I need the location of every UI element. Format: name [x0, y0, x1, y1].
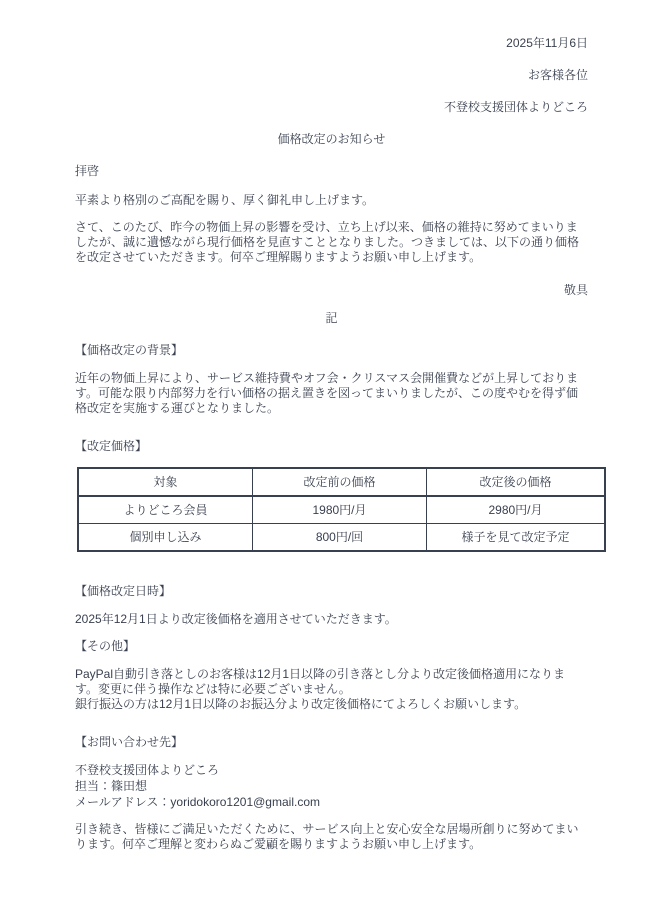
price-table-header-before: 改定前の価格	[253, 468, 427, 496]
salutation: 拝啓	[75, 164, 588, 179]
section-heading-background: 【価格改定の背景】	[75, 343, 588, 358]
document-date: 2025年11月6日	[75, 36, 588, 51]
effective-date-paragraph: 2025年12月1日より改定後価格を適用させていただきます。	[75, 612, 588, 627]
table-cell-target: 個別申し込み	[78, 524, 253, 552]
contact-block: 不登校支援団体よりどころ 担当：篠田想 メールアドレス：yoridokoro12…	[75, 762, 588, 810]
table-cell-target: よりどころ会員	[78, 496, 253, 524]
other-notes-paragraph: PayPal自動引き落としのお客様は12月1日以降の引き落とし分より改定後価格適…	[75, 667, 588, 712]
record-marker: 記	[75, 311, 588, 326]
table-cell-price-before: 800円/回	[253, 524, 427, 552]
price-table-header-row: 対象 改定前の価格 改定後の価格	[78, 468, 605, 496]
price-revision-notice-document: 2025年11月6日 お客様各位 不登校支援団体よりどころ 価格改定のお知らせ …	[0, 0, 657, 906]
bank-transfer-note: 銀行振込の方は12月1日以降のお振込分より改定後価格にてよろしくお願いします。	[75, 697, 526, 711]
price-table-header-target: 対象	[78, 468, 253, 496]
closing-message-paragraph: 引き続き、皆様にご満足いただくために、サービス向上と安心安全な居場所創りに努めて…	[75, 822, 588, 852]
sender-line: 不登校支援団体よりどころ	[75, 100, 588, 115]
section-heading-other: 【その他】	[75, 639, 588, 654]
contact-organization: 不登校支援団体よりどころ	[75, 762, 588, 778]
recipient-line: お客様各位	[75, 68, 588, 83]
greeting-paragraph: 平素より格別のご高配を賜り、厚く御礼申し上げます。	[75, 193, 588, 208]
section-heading-effective-date: 【価格改定日時】	[75, 584, 588, 599]
table-row: よりどころ会員 1980円/月 2980円/月	[78, 496, 605, 524]
price-table-header-after: 改定後の価格	[427, 468, 606, 496]
contact-person: 担当：篠田想	[75, 778, 588, 794]
paypal-note: PayPal自動引き落としのお客様は12月1日以降の引き落とし分より改定後価格適…	[75, 667, 565, 696]
table-cell-price-before: 1980円/月	[253, 496, 427, 524]
announcement-paragraph: さて、このたび、昨今の物価上昇の影響を受け、立ち上げ以来、価格の維持に努めてまい…	[75, 220, 588, 265]
section-heading-prices: 【改定価格】	[75, 439, 588, 454]
section-heading-contact: 【お問い合わせ先】	[75, 735, 588, 750]
table-cell-price-after: 様子を見て改定予定	[427, 524, 606, 552]
table-row: 個別申し込み 800円/回 様子を見て改定予定	[78, 524, 605, 552]
closing-word: 敬具	[75, 283, 588, 298]
table-cell-price-after: 2980円/月	[427, 496, 606, 524]
contact-email: メールアドレス：yoridokoro1201@gmail.com	[75, 794, 588, 810]
price-table: 対象 改定前の価格 改定後の価格 よりどころ会員 1980円/月 2980円/月…	[77, 467, 606, 552]
background-paragraph: 近年の物価上昇により、サービス維持費やオフ会・クリスマス会開催費などが上昇してお…	[75, 371, 588, 416]
document-title: 価格改定のお知らせ	[75, 132, 588, 147]
